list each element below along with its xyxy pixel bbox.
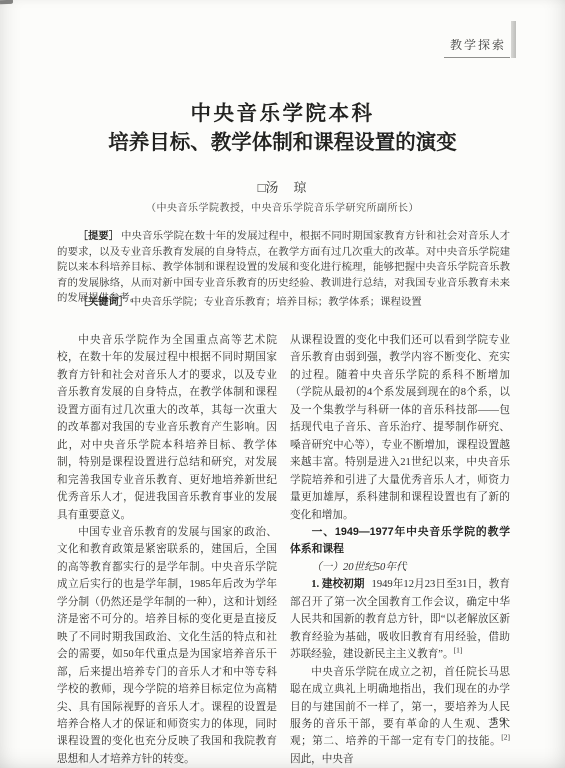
header-tab-label: 教学探索 [444, 36, 510, 58]
keywords-text: 中央音乐学院；专业音乐教育；培养目标；教学体系；课程设置 [131, 297, 422, 308]
keywords-label: ［关键词］ [78, 297, 129, 308]
body-paragraph: 中央音乐学院作为全国重点高等艺术院校，在数十年的发展过程中根据不同时期国家教育方… [57, 332, 277, 524]
paragraph-text: 因此，中央音 [290, 754, 354, 765]
footnote-ref-1: [1] [454, 646, 463, 655]
scanned-journal-page: 教学探索 中央音乐学院本科 培养目标、教学体制和课程设置的演变 □汤 琼 （中央… [0, 0, 565, 768]
body-paragraph-continued: 从课程设置的变化中我们还可以看到学院专业音乐教育由弱到强，教学内容不断变化、充实… [290, 332, 510, 524]
author-name: 汤 琼 [265, 180, 307, 195]
body-columns: 中央音乐学院作为全国重点高等艺术院校，在数十年的发展过程中根据不同时期国家教育方… [57, 332, 510, 768]
scan-artifact-mark [0, 0, 13, 4]
footnote-ref-2: [2] [501, 733, 510, 742]
section-heading: 一、1949—1977年中央音乐学院的教学体系和课程 [290, 524, 510, 559]
column-header-tab: 教学探索 [444, 22, 510, 58]
subsection-heading: （一）20世纪50年代 [290, 559, 510, 576]
body-paragraph: 中国专业音乐教育的发展与国家的政治、文化和教育政策是紧密联系的，建国后，全国的高… [57, 524, 277, 768]
title-line-1: 中央音乐学院本科 [0, 100, 565, 129]
article-title: 中央音乐学院本科 培养目标、教学体制和课程设置的演变 [0, 100, 565, 158]
body-paragraph: 1. 建校初期1949年12月23日至31日，教育部召开了第一次全国教育工作会议… [290, 576, 510, 663]
paragraph-text: 中央音乐学院在成立之初，首任院长马思聪在成立典礼上明确地指出，我们现在的办学目的… [290, 667, 510, 748]
left-column: 中央音乐学院作为全国重点高等艺术院校，在数十年的发展过程中根据不同时期国家教育方… [57, 332, 277, 768]
right-column: 从课程设置的变化中我们还可以看到学院专业音乐教育由弱到强，教学内容不断变化、充实… [290, 332, 510, 768]
header-tab-edge-bar [511, 21, 516, 58]
author-affiliation: （中央音乐学院教授，中央音乐学院音乐学研究所副所长） [0, 199, 565, 214]
author-byline: □汤 琼 [0, 177, 565, 196]
paragraph-run-in-label: 1. 建校初期 [311, 579, 364, 590]
abstract-text: 中央音乐学院在数十年的发展过程中，根据不同时期国家教育方针和社会对音乐人才的要求… [57, 231, 510, 304]
page-number: 59 [492, 716, 507, 728]
abstract-label: ［提要］ [78, 231, 119, 242]
keywords-line: ［关键词］中央音乐学院；专业音乐教育；培养目标；教学体系；课程设置 [57, 295, 510, 311]
body-paragraph: 中央音乐学院在成立之初，首任院长马思聪在成立典礼上明确地指出，我们现在的办学目的… [290, 664, 510, 768]
title-line-2: 培养目标、教学体制和课程设置的演变 [0, 129, 565, 158]
paragraph-text: 1949年12月23日至31日，教育部召开了第一次全国教育工作会议，确定中华人民… [290, 579, 510, 660]
